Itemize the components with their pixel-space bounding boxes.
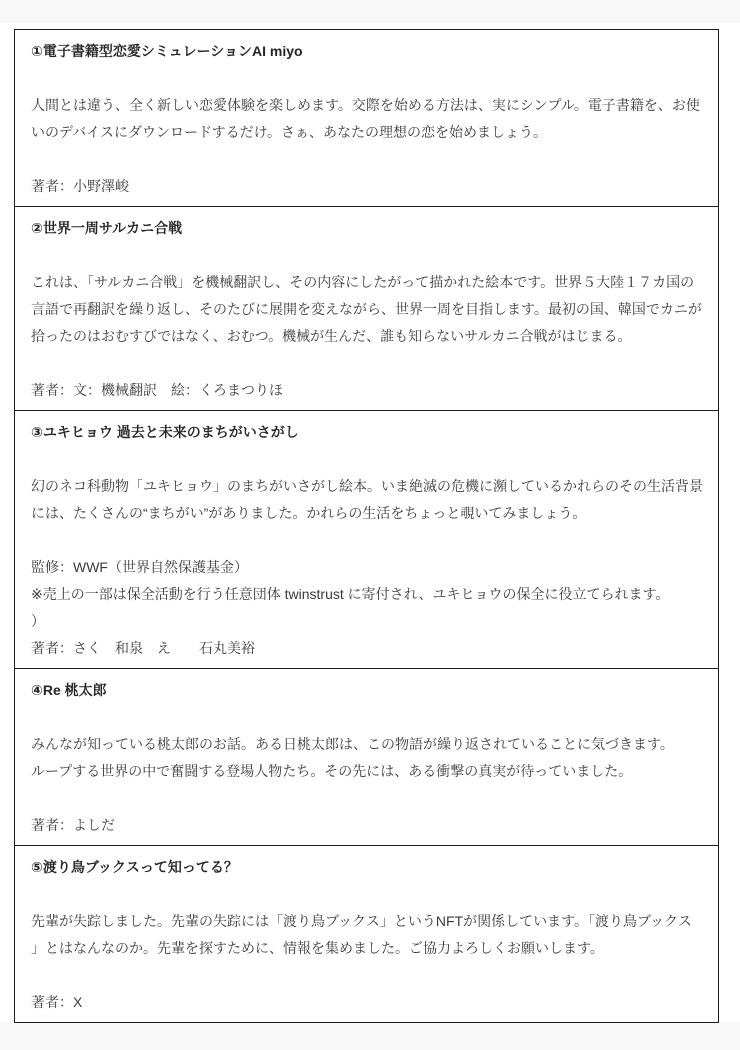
screenshot-viewport: ①電子書籍型恋愛シミュレーションAI miyo 人間とは違う、全く新しい恋愛体験…	[0, 0, 740, 1050]
book-author: 著者：さく 和泉 え 石丸美裕	[31, 635, 703, 662]
book-author: 著者：文：機械翻訳 絵：くろまつりほ	[31, 377, 703, 404]
book-list-table: ①電子書籍型恋愛シミュレーションAI miyo 人間とは違う、全く新しい恋愛体験…	[14, 29, 719, 1023]
document-page: ①電子書籍型恋愛シミュレーションAI miyo 人間とは違う、全く新しい恋愛体験…	[0, 23, 740, 1022]
book-author: 著者：よしだ	[31, 812, 703, 839]
book-supervision-note: 監修：WWF（世界自然保護基金） ※売上の一部は保全活動を行う任意団体 twin…	[31, 554, 703, 635]
book-description: 先輩が失踪しました。先輩の失踪には「渡り鳥ブックス」というNFTが関係しています…	[31, 908, 703, 962]
book-description: 人間とは違う、全く新しい恋愛体験を楽しめます。交際を始める方法は、実にシンプル。…	[31, 92, 703, 146]
book-entry-1: ①電子書籍型恋愛シミュレーションAI miyo 人間とは違う、全く新しい恋愛体験…	[15, 30, 718, 206]
book-entry-3: ③ユキヒョウ 過去と未来のまちがいさがし 幻のネコ科動物「ユキヒョウ」のまちがい…	[15, 410, 718, 668]
book-title: ②世界一周サルカニ合戦	[31, 215, 703, 242]
book-description: 幻のネコ科動物「ユキヒョウ」のまちがいさがし絵本。いま絶滅の危機に瀕しているかれ…	[31, 473, 703, 527]
book-entry-5: ⑤渡り鳥ブックスって知ってる？ 先輩が失踪しました。先輩の失踪には「渡り鳥ブック…	[15, 845, 718, 1022]
book-author: 著者：X	[31, 989, 703, 1016]
book-author: 著者：小野澤峻	[31, 173, 703, 200]
book-description: みんなが知っている桃太郎のお話。ある日桃太郎は、この物語が繰り返されていることに…	[31, 731, 703, 785]
book-description: これは、「サルカニ合戦」を機械翻訳し、その内容にしたがって描かれた絵本です。世界…	[31, 269, 703, 350]
book-entry-2: ②世界一周サルカニ合戦 これは、「サルカニ合戦」を機械翻訳し、その内容にしたがっ…	[15, 206, 718, 410]
book-title: ③ユキヒョウ 過去と未来のまちがいさがし	[31, 419, 703, 446]
book-title: ⑤渡り鳥ブックスって知ってる？	[31, 854, 703, 881]
book-entry-4: ④Re 桃太郎 みんなが知っている桃太郎のお話。ある日桃太郎は、この物語が繰り返…	[15, 668, 718, 845]
book-title: ①電子書籍型恋愛シミュレーションAI miyo	[31, 38, 703, 65]
book-title: ④Re 桃太郎	[31, 677, 703, 704]
